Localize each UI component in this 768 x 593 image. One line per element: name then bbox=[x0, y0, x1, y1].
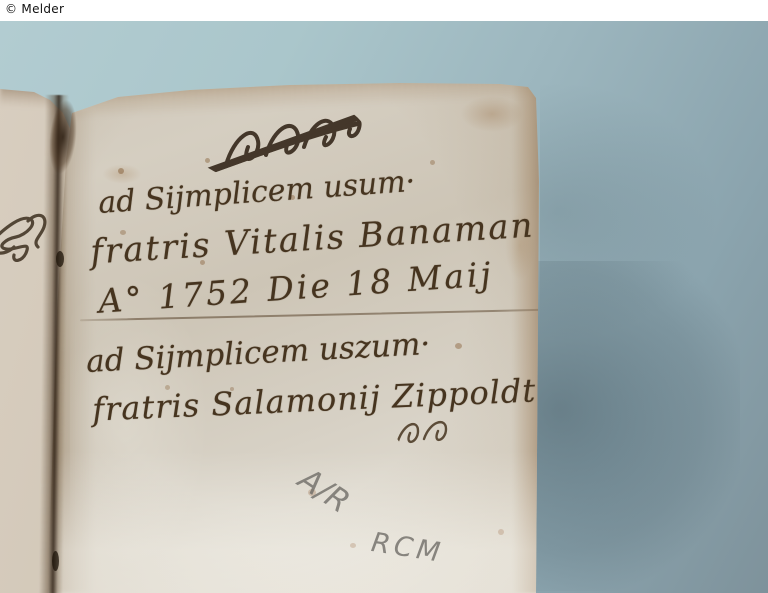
page-stain bbox=[430, 160, 435, 165]
page-sheen-bottom bbox=[40, 451, 540, 593]
page-stain bbox=[498, 529, 504, 535]
gutter-damage-nick bbox=[52, 551, 59, 571]
screenshot: © Melder bbox=[0, 0, 768, 593]
zippoldt-flourish-loops bbox=[396, 417, 454, 451]
page-stain bbox=[350, 543, 356, 548]
credit-bar: © Melder bbox=[0, 0, 768, 21]
credit-text: © Melder bbox=[5, 2, 64, 16]
page-stain bbox=[455, 343, 462, 349]
gutter-damage-nick bbox=[56, 251, 64, 267]
page-stain bbox=[118, 168, 124, 174]
page-stain bbox=[452, 91, 532, 137]
book-photo: ad Sijmplicem usum· fratris Vitalis Bana… bbox=[0, 21, 768, 593]
background-shadow bbox=[520, 261, 740, 591]
